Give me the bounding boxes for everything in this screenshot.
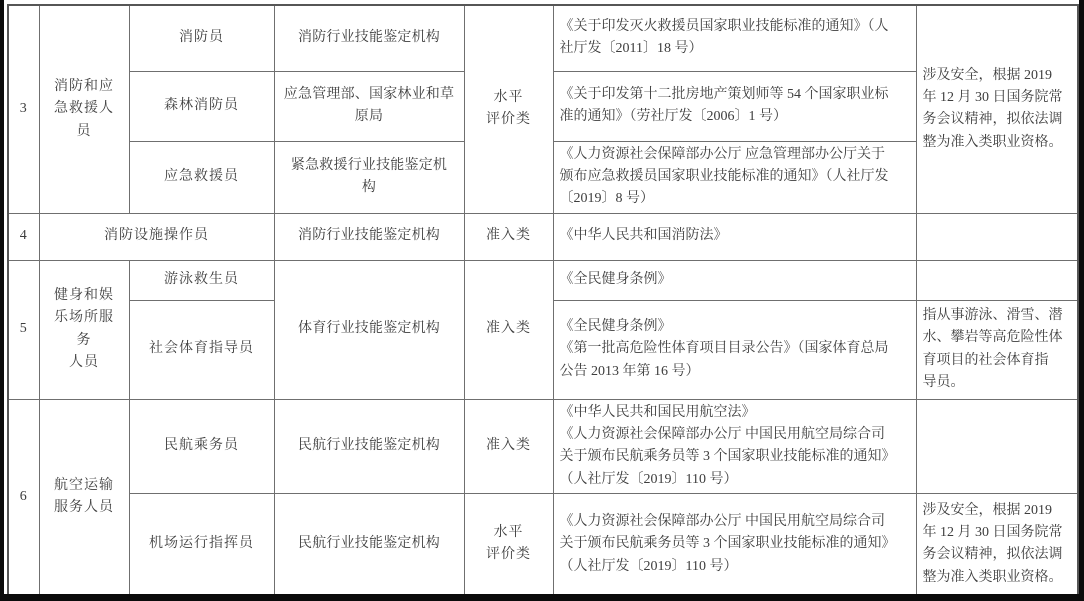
g6-note-cell: [916, 399, 1078, 494]
occupational-qualification-table: 3 消防和应 急救援人 员 消防员 消防行业技能鉴定机构 水平 评价类 《关于印…: [7, 4, 1079, 597]
g4-agency-cell: 消防行业技能鉴定机构: [274, 213, 464, 260]
g4-occupation-cell: 消防设施操作员: [39, 213, 274, 260]
g5-type-cell: 准入类: [464, 260, 553, 399]
g5-legal-basis-cell: 《全民健身条例》: [553, 260, 916, 300]
g3-type-cell: 水平 评价类: [464, 5, 553, 213]
g3-agency-cell: 应急管理部、国家林业和草 原局: [274, 71, 464, 141]
g3-agency-cell: 消防行业技能鉴定机构: [274, 5, 464, 71]
table-row: 6 航空运输 服务人员 民航乘务员 民航行业技能鉴定机构 准入类 《中华人民共和…: [8, 399, 1078, 494]
g3-legal-basis-cell: 《关于印发灭火救援员国家职业技能标准的通知》（人 社厅发〔2011〕18 号）: [553, 5, 916, 71]
table-row: 5 健身和娱 乐场所服 务 人员 游泳救生员 体育行业技能鉴定机构 准入类 《全…: [8, 260, 1078, 300]
g4-note-cell: [916, 213, 1078, 260]
g3-legal-basis-cell: 《关于印发第十二批房地产策划师等 54 个国家职业标 准的通知》（劳社厅发〔20…: [553, 71, 916, 141]
g3-number-cell: 3: [8, 5, 39, 213]
g6-occupation-airport-operations-controller-cell: 机场运行指挥员: [129, 494, 274, 596]
g5-legal-basis-cell: 《全民健身条例》 《第一批高危险性体育项目目录公告》（国家体育总局 公告 201…: [553, 300, 916, 399]
g5-note-cell: 指从事游泳、滑雪、潜 水、攀岩等高危险性体 育项目的社会体育指 导员。: [916, 300, 1078, 399]
g3-occupation-emergency-rescuer-cell: 应急救援员: [129, 141, 274, 213]
g6-legal-basis-cell: 《中华人民共和国民用航空法》 《人力资源社会保障部办公厅 中国民用航空局综合司 …: [553, 399, 916, 494]
g3-note-cell: 涉及安全，根据 2019 年 12 月 30 日国务院常 务会议精神，拟依法调 …: [916, 5, 1078, 213]
g4-type-cell: 准入类: [464, 213, 553, 260]
scan-border-right: [1079, 0, 1084, 601]
g5-number-cell: 5: [8, 260, 39, 399]
g6-agency-cell: 民航行业技能鉴定机构: [274, 399, 464, 494]
g3-category-cell: 消防和应 急救援人 员: [39, 5, 129, 213]
g5-agency-cell: 体育行业技能鉴定机构: [274, 260, 464, 399]
scan-border-left: [0, 0, 4, 601]
table-row: 4 消防设施操作员 消防行业技能鉴定机构 准入类 《中华人民共和国消防法》: [8, 213, 1078, 260]
g4-number-cell: 4: [8, 213, 39, 260]
scan-border-bottom: [0, 594, 1084, 601]
g6-legal-basis-cell: 《人力资源社会保障部办公厅 中国民用航空局综合司 关于颁布民航乘务员等 3 个国…: [553, 494, 916, 596]
g6-agency-cell: 民航行业技能鉴定机构: [274, 494, 464, 596]
g5-occupation-sports-instructor-cell: 社会体育指导员: [129, 300, 274, 399]
g3-occupation-firefighter-cell: 消防员: [129, 5, 274, 71]
g6-number-cell: 6: [8, 399, 39, 596]
scanned-document-page: 3 消防和应 急救援人 员 消防员 消防行业技能鉴定机构 水平 评价类 《关于印…: [0, 0, 1084, 601]
g6-note-cell: 涉及安全，根据 2019 年 12 月 30 日国务院常 务会议精神，拟依法调 …: [916, 494, 1078, 596]
g6-category-cell: 航空运输 服务人员: [39, 399, 129, 596]
g3-agency-cell: 紧急救援行业技能鉴定机 构: [274, 141, 464, 213]
g3-occupation-forest-firefighter-cell: 森林消防员: [129, 71, 274, 141]
table-row: 3 消防和应 急救援人 员 消防员 消防行业技能鉴定机构 水平 评价类 《关于印…: [8, 5, 1078, 71]
g6-type-cell: 水平 评价类: [464, 494, 553, 596]
g3-legal-basis-cell: 《人力资源社会保障部办公厅 应急管理部办公厅关于 颁布应急救援员国家职业技能标准…: [553, 141, 916, 213]
table-row: 机场运行指挥员 民航行业技能鉴定机构 水平 评价类 《人力资源社会保障部办公厅 …: [8, 494, 1078, 596]
g5-category-cell: 健身和娱 乐场所服 务 人员: [39, 260, 129, 399]
g5-occupation-lifeguard-cell: 游泳救生员: [129, 260, 274, 300]
g4-legal-basis-cell: 《中华人民共和国消防法》: [553, 213, 916, 260]
g6-type-cell: 准入类: [464, 399, 553, 494]
g5-note-cell: [916, 260, 1078, 300]
g6-occupation-flight-attendant-cell: 民航乘务员: [129, 399, 274, 494]
